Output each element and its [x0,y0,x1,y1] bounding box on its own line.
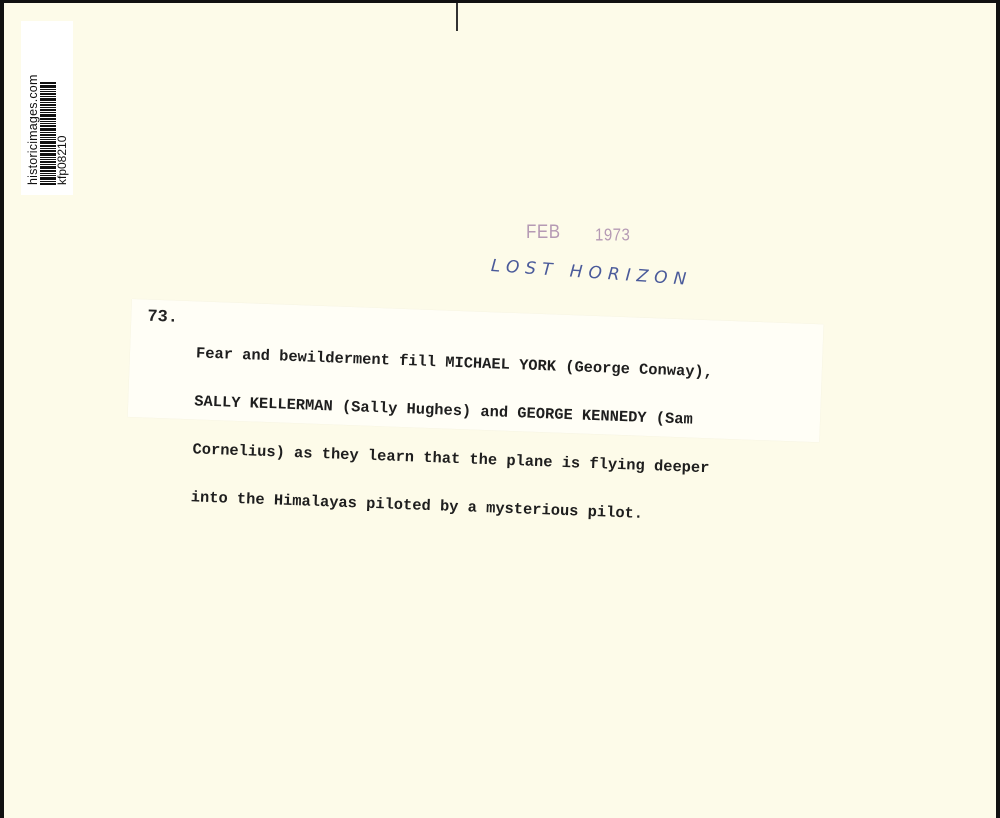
caption-line: Fear and bewilderment fill MICHAEL YORK … [196,345,816,384]
caption-number: 73. [147,308,178,328]
photo-back-paper: historicimages.com kfp08210 FEB 1973 LOS… [4,3,996,818]
barcode-icon [40,21,56,185]
caption-line: SALLY KELLERMAN (Sally Hughes) and GEORG… [194,393,814,432]
caption-strip: 73. Fear and bewilderment fill MICHAEL Y… [128,299,824,442]
handwritten-title: LOST HORIZON [490,256,693,290]
date-stamp-month: FEB [526,221,561,244]
fold-mark [456,3,458,31]
barcode-site-text: historicimages.com [26,21,40,185]
caption-line: into the Himalayas piloted by a mysterio… [190,489,810,528]
barcode-label: historicimages.com kfp08210 [21,21,73,195]
caption-text: Fear and bewilderment fill MICHAEL YORK … [189,313,817,560]
date-stamp-year: 1973 [595,226,630,246]
barcode-id-text: kfp08210 [56,21,69,185]
caption-line: Cornelius) as they learn that the plane … [192,441,812,480]
